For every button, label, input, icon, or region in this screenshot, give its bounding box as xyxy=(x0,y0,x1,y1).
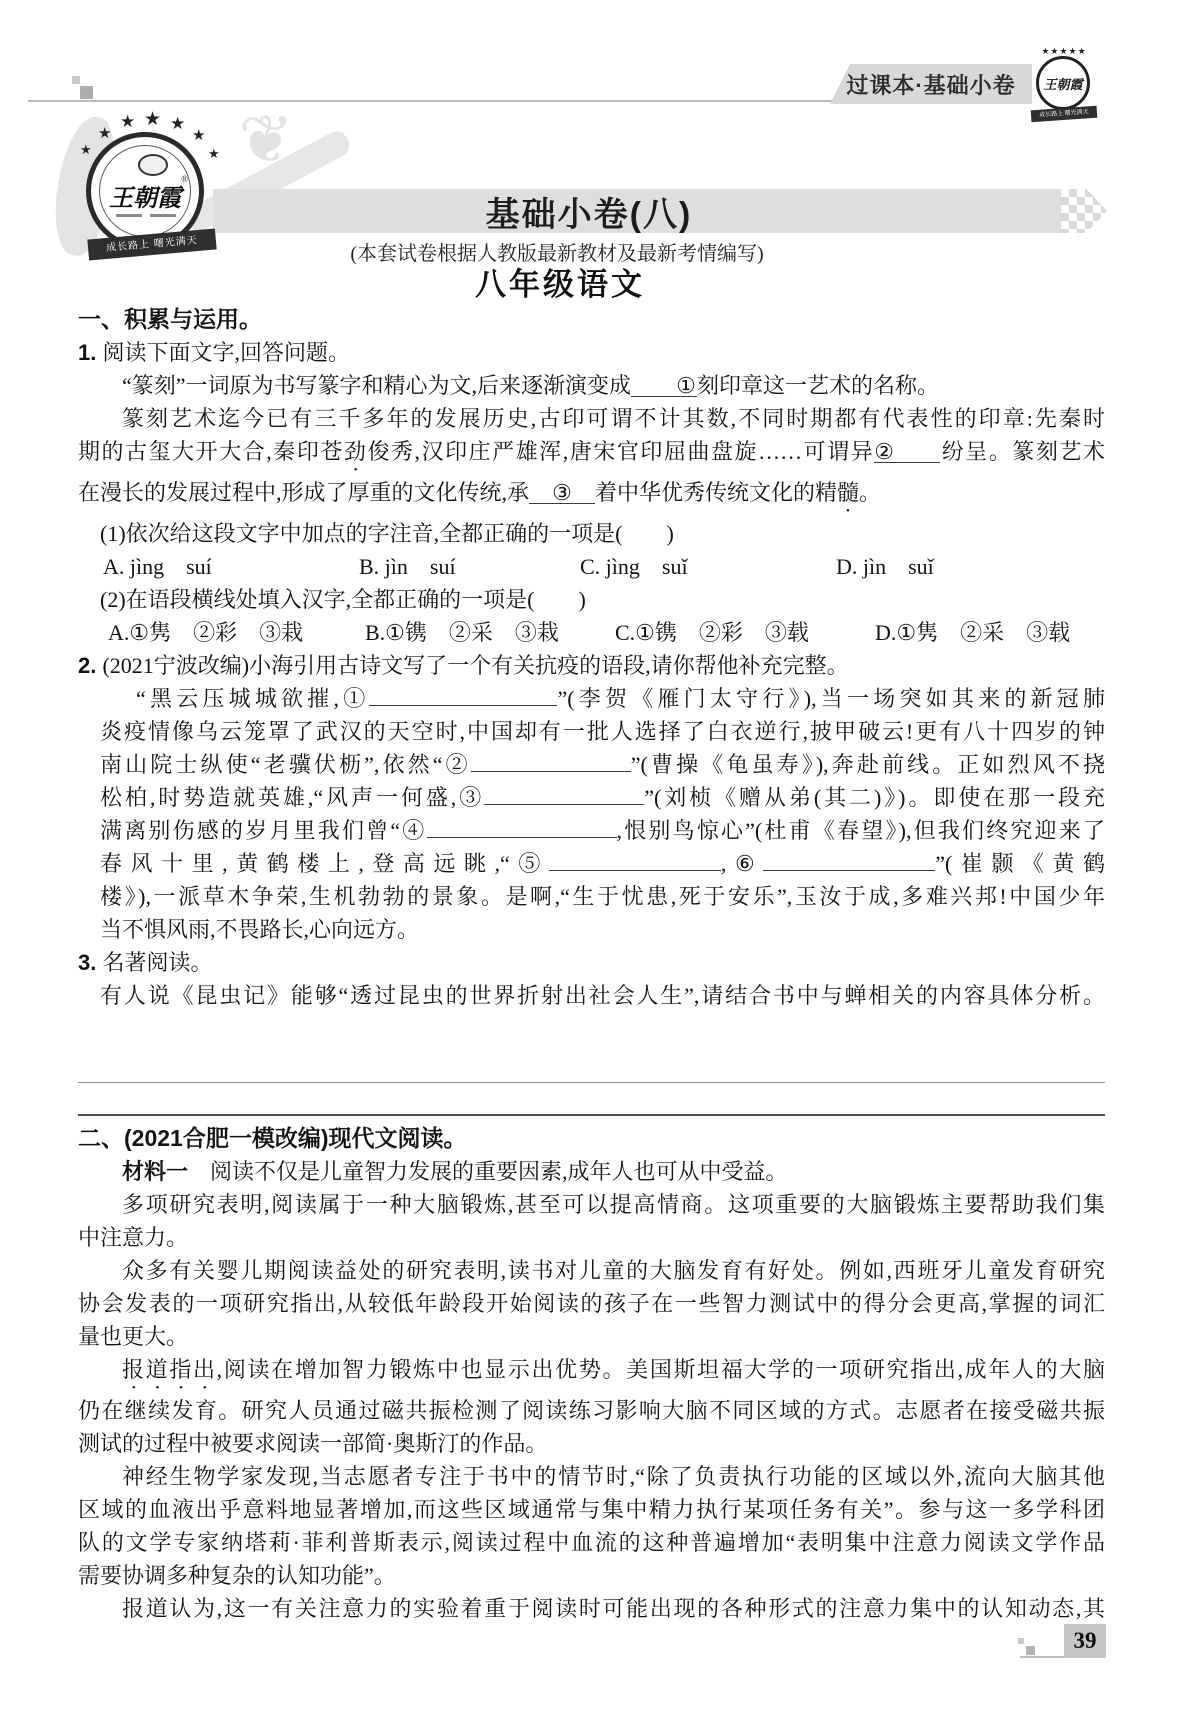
header-rule xyxy=(28,100,834,102)
q1-sub1: (1)依次给这段文字中加点的字注音,全都正确的一项是( ) xyxy=(78,517,1105,550)
material1-line: 多项研究表明,阅读属于一种大脑锻炼,甚至可以提高情商。这项重要的大脑锻炼主要帮助… xyxy=(78,1188,1105,1221)
option-b: B. jìn suí xyxy=(359,550,456,583)
answer-line xyxy=(78,1083,1105,1116)
option-d: D.①隽 ②采 ③载 xyxy=(875,616,1070,649)
star-icon: ★ xyxy=(144,108,161,131)
grade-subject-title: 八年级语文 xyxy=(0,259,1120,304)
q2-line: 炎疫情像乌云笼罩了武汉的天空时,中国却有一批人选择了白衣逆行,披甲破云!更有八十… xyxy=(78,715,1105,748)
paper-body: 一、积累与运用。 1. 阅读下面文字,回答问题。 “篆刻”一词原为书写篆字和精心… xyxy=(78,303,1105,1625)
paper-title: 基础小卷(八) xyxy=(486,187,693,236)
header-banner-label: 过课本·基础小卷 xyxy=(846,69,1015,100)
q1-sub2-options: A.①隽 ②彩 ③栽 B.①镌 ②采 ③栽 C.①镌 ②彩 ③载 D.①隽 ②采… xyxy=(78,616,1105,649)
section1-heading: 一、积累与运用。 xyxy=(78,303,1105,336)
material1-line: 众多有关婴儿期阅读益处的研究表明,读书对儿童的大脑发育有好处。例如,西班牙儿童发… xyxy=(78,1254,1105,1287)
q2-line: “黑云压城城欲摧,①”(李贺《雁门太守行》),当一场突如其来的新冠肺 xyxy=(78,682,1105,715)
option-d: D. jìn suǐ xyxy=(836,550,934,583)
q3-stem: 3. 名著阅读。 xyxy=(78,946,1105,979)
option-c: C.①镌 ②彩 ③载 xyxy=(615,616,809,649)
material1-line: 需要协调多种复杂的认知功能”。 xyxy=(78,1559,1105,1592)
footer-deco-square xyxy=(1018,1638,1024,1644)
worksheet-page: 过课本·基础小卷 ★★★★★ 王朝霞 成长路上 曙光满天 ❦ ★ ★ ★ ★ ★… xyxy=(0,0,1181,1730)
material1-line: 神经生物学家发现,当志愿者专注于书中的情节时,“除了负责执行功能的区域以外,流向… xyxy=(78,1460,1105,1493)
material1-line: 报道指出,阅读在增加智力锻炼中也显示出优势。美国斯坦福大学的一项研究指出,成年人… xyxy=(78,1353,1105,1394)
q2-line: 楼》),一派草木争荣,生机勃勃的景象。是啊,“生于忧患,死于安乐”,玉汝于成,多… xyxy=(78,880,1105,913)
brand-name: 王朝霞 xyxy=(1043,74,1082,93)
material1-line: 量也更大。 xyxy=(78,1320,1105,1353)
option-b: B.①镌 ②采 ③栽 xyxy=(365,616,559,649)
title-band: 基础小卷(八) xyxy=(213,189,1061,233)
brand-name: 王朝霞 xyxy=(100,178,190,213)
q2-line: 南山院士纵使“老骥伏枥”,依然“②”(曹操《龟虽寿》),奔赴前线。正如烈风不挠 xyxy=(78,748,1105,781)
q2-line: 当不惧风雨,不畏路长,心向远方。 xyxy=(78,913,1105,946)
q2-line: 春风十里,黄鹤楼上,登高远眺,“⑤,⑥”(崔颢《黄鹤 xyxy=(78,847,1105,880)
page-number: 39 xyxy=(1064,1624,1106,1658)
section2-heading: 二、(2021合肥一模改编)现代文阅读。 xyxy=(78,1122,1105,1155)
registered-mark: ® xyxy=(181,174,188,184)
material1-line: 报道认为,这一有关注意力的实验着重于阅读时可能出现的各种形式的注意力集中的认知动… xyxy=(78,1592,1105,1625)
corner-deco-square xyxy=(72,76,80,84)
material1-line: 队的文学专家纳塔莉·菲利普斯表示,阅读过程中血流的这种普遍增加“表明集中注意力阅… xyxy=(78,1526,1105,1559)
answer-line xyxy=(78,1050,1105,1083)
star-icon: ★ xyxy=(192,126,205,145)
material1-line: 材料一 阅读不仅是儿童智力发展的重要因素,成年人也可从中受益。 xyxy=(78,1155,1105,1188)
q1-sub1-options: A. jìng suí B. jìn suí C. jìng suǐ D. jì… xyxy=(78,550,1105,583)
star-icon: ★ xyxy=(120,112,135,132)
q1-passage-line: 篆刻艺术迄今已有三千多年的发展历史,古印可谓不计其数,不同时期都有代表性的印章:… xyxy=(78,402,1105,435)
option-a: A. jìng suí xyxy=(103,550,212,583)
brand-logo-small: ★★★★★ 王朝霞 成长路上 曙光满天 xyxy=(1034,46,1094,120)
q2-stem: 2. (2021宁波改编)小海引用古诗文写了一个有关抗疫的语段,请你帮他补充完整… xyxy=(78,649,1105,682)
portrait-icon xyxy=(138,154,168,176)
q2-line: 满离别伤感的岁月里我们曾“④,恨别鸟惊心”(杜甫《春望》),但我们终究迎来了 xyxy=(78,814,1105,847)
logo-microtext-deco xyxy=(116,214,142,217)
material1-line: 仍在继续发育。研究人员通过磁共振检测了阅读练习影响大脑不同区域的方式。志愿者在接… xyxy=(78,1394,1105,1427)
material1-line: 协会发表的一项研究指出,从较低年龄段开始阅读的孩子在一些智力测试中的得分会更高,… xyxy=(78,1287,1105,1320)
q1-stem: 1. 阅读下面文字,回答问题。 xyxy=(78,336,1105,369)
q1-passage-line: 期的古玺大开大合,秦印苍劲俊秀,汉印庄严雄浑,唐宋官印屈曲盘旋……可谓异②纷呈。… xyxy=(78,435,1105,476)
q2-line: 松柏,时势造就英雄,“风声一何盛,③”(刘桢《赠从弟(其二)》)。即使在那一段充 xyxy=(78,781,1105,814)
star-icon: ★ xyxy=(208,146,220,162)
star-icon: ★ xyxy=(170,114,185,134)
answer-area xyxy=(78,1050,1105,1116)
option-c: C. jìng suǐ xyxy=(580,550,688,583)
logo-microtext-deco xyxy=(150,214,176,217)
q1-sub2: (2)在语段横线处填入汉字,全都正确的一项是( ) xyxy=(78,583,1105,616)
footer-rule xyxy=(1020,1656,1068,1658)
material1-line: 区域的血液出乎意料地显著增加,而这些区域通常与集中精力执行某项任务有关”。参与这… xyxy=(78,1493,1105,1526)
option-a: A.①隽 ②彩 ③栽 xyxy=(108,616,303,649)
q3-body: 有人说《昆虫记》能够“透过昆虫的世界折射出社会人生”,请结合书中与蝉相关的内容具… xyxy=(78,979,1105,1012)
corner-deco-square xyxy=(80,86,93,99)
material1-line: 中注意力。 xyxy=(78,1221,1105,1254)
star-icon: ★ xyxy=(98,124,111,143)
star-icon: ★ xyxy=(80,142,92,158)
checker-deco xyxy=(1061,189,1107,233)
logo-ribbon-small: 成长路上 曙光满天 xyxy=(1031,106,1098,123)
footer-deco-square xyxy=(1026,1646,1035,1655)
header-banner: 过课本·基础小卷 xyxy=(830,64,1032,104)
q1-passage-line: 在漫长的发展过程中,形成了厚重的文化传统,承③着中华优秀传统文化的精髓。 xyxy=(78,476,1105,517)
q1-passage-line: “篆刻”一词原为书写篆字和精心为文,后来逐渐演变成①刻印章这一艺术的名称。 xyxy=(78,369,1105,402)
material1-line: 测试的过程中被要求阅读一部简·奥斯汀的作品。 xyxy=(78,1427,1105,1460)
